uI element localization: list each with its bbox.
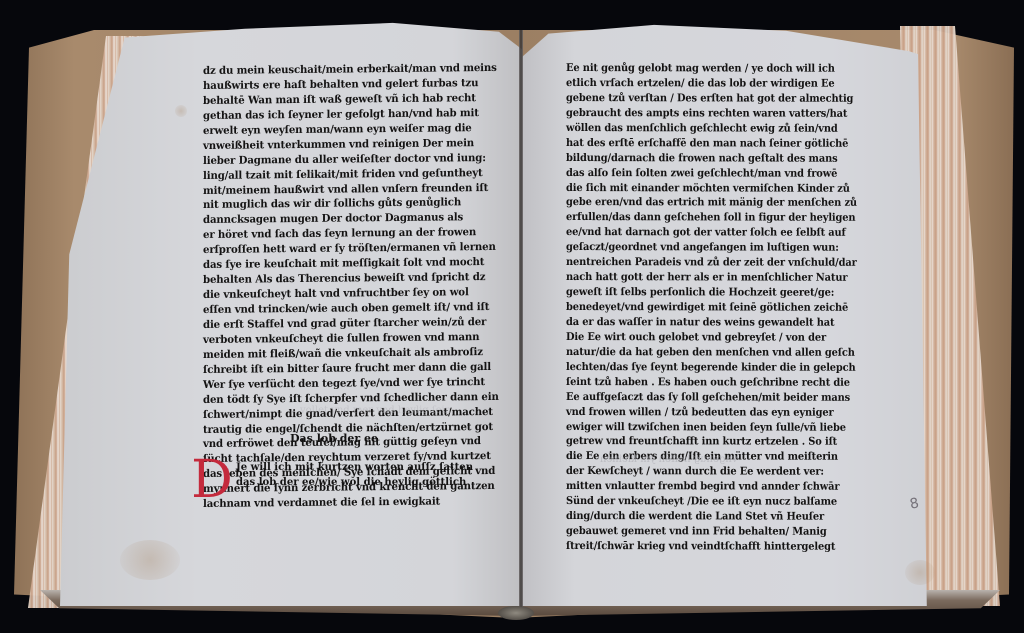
book-gutter (519, 30, 523, 610)
text-line: natur/die da hat geben den menſchen vnd … (566, 345, 841, 361)
text-line: erfullen/das dann geſchehen ſoll in figu… (566, 210, 841, 226)
text-line: etlich vrſach ertzelen/ die das lob der … (566, 76, 841, 92)
paper-stain (120, 540, 180, 580)
text-line: lechten/das ſye ſeynt begerende kinder d… (566, 360, 841, 376)
text-line: gebraucht des ampts eins rechten waren v… (566, 106, 841, 122)
text-line: ſeint tzů haben . Es haben ouch geſchrib… (566, 375, 841, 391)
text-line: nentreichen Paradeis vnd zů der zeit der… (566, 255, 841, 271)
text-line: gebauwet gemeret vnd inn Frid behalten/ … (566, 524, 841, 540)
headband (498, 606, 534, 620)
text-line: benedeyet/vnd gewirdiget mit ſeinē götli… (566, 300, 841, 316)
text-line: da er das waſſer in natur des weins gewa… (566, 315, 841, 331)
text-line: geweſt iſt ſelbs perſonlich die Hochzeit… (566, 285, 841, 301)
text-line: Die Ee wirt ouch gelobet vnd gebreyſet /… (566, 330, 841, 346)
text-line: ſtreit/ſchwār krieg vnd veindtſchafft hi… (566, 539, 841, 555)
text-line: ee/vnd hat darnach got der vatter ſolch … (566, 225, 841, 241)
text-line: mitten vnlautter frembd begird vnd annde… (566, 479, 841, 495)
text-line: ding/durch die werdent die Land Stet vñ … (566, 509, 841, 525)
rubricated-drop-cap: D (184, 452, 240, 508)
text-line: ewiger will tzwiſchen inen beiden ſeyn ſ… (566, 420, 841, 436)
chapter-heading: Das lob der ee (290, 432, 378, 445)
text-line: gebe eren/vnd das ertrich mit mänig der … (566, 195, 841, 211)
text-line: wöllen das menſchlich geſchlecht ewig zů… (566, 121, 841, 137)
paper-stain (905, 560, 935, 585)
text-line: bildung/darnach die frowen nach geſtalt … (566, 151, 841, 167)
text-line: Ee nit genůg gelobt mag werden / ye doch… (566, 61, 841, 77)
text-line: Sünd der vnkeuſcheyt /Die ee iſt eyn nuc… (566, 494, 841, 510)
text-line: gebene tzů verſtan / Des erſten hat got … (566, 91, 841, 107)
chapter-opening-text: Je will ich mit kurtzen worten auſſz ſat… (236, 460, 473, 490)
text-line: das alſo ſein ſolten zwei geſchlecht/man… (566, 166, 841, 182)
right-page-bleed-through: vngenug hoffen ym kleinen (600, 454, 737, 465)
right-page-text-column: Ee nit genůg gelobt mag werden / ye doch… (566, 61, 841, 555)
text-line: vnd frowen willen / tzů bedeutten das ey… (566, 405, 841, 421)
left-page-bleed-through: vollet vnd mer vnd heylig ſein (300, 404, 451, 418)
text-line: getrew vnd freuntſchafft inn kurtz ertze… (566, 434, 841, 450)
text-line: nach hatt gott der herr als er in menſch… (566, 270, 841, 286)
paper-stain (175, 105, 187, 117)
text-line: die ſich mit einander möchten vermiſchen… (566, 181, 841, 197)
text-line: hat des erſtē erſchaffē den man nach ſei… (566, 136, 841, 152)
text-line: Je will ich mit kurtzen worten auſſz ſat… (236, 460, 473, 475)
text-line: lachnam vnd verdamnet die ſel in ewigkai… (203, 494, 477, 512)
text-line: das lob der ee/wie wol die heylig göttli… (236, 475, 473, 490)
text-line: Ee auffgeſaczt das ſy ſoll geſchehen/mit… (566, 390, 841, 406)
photo-scene: dz du mein keuschait/mein erberkait/man … (0, 0, 1024, 633)
text-line: geſaczt/geordnet vnd angefangen im luſti… (566, 240, 841, 256)
text-line: der Kewſcheyt / wann durch die Ee werden… (566, 464, 841, 480)
